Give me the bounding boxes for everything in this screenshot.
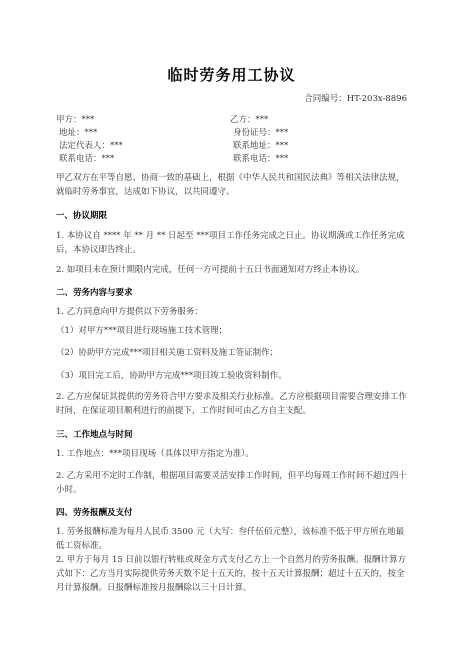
document-page: 临时劳务用工协议 合同编号：HT-203x-8896 甲方：*** 地址：***… bbox=[0, 0, 463, 655]
party-a-legal-rep: 法定代表人：*** bbox=[56, 140, 123, 153]
party-b-info: 乙方：*** 身份证号：*** 联系地址：*** 联系电话：*** bbox=[230, 114, 288, 166]
section-4-paragraph-1: 1. 劳务报酬标准为每月人民币 3500 元（大写：叁仟伍佰元整），该标准不低于… bbox=[56, 525, 408, 553]
party-b-id-number: 身份证号：*** bbox=[230, 127, 288, 140]
section-2-item-3: （3）项目完工后，协助甲方完成***项目竣工验收资料制作。 bbox=[56, 369, 408, 383]
section-heading-remuneration: 四、劳务报酬及支付 bbox=[56, 506, 133, 518]
section-3-paragraph-1: 1. 工作地点：***项目现场（具体以甲方指定为准）。 bbox=[56, 447, 408, 461]
party-b-name: 乙方：*** bbox=[230, 114, 288, 127]
section-4-paragraph-2: 2. 甲方于每月 15 日前以银行转账或现金方式支付乙方上一个自然月的劳务报酬。… bbox=[56, 553, 408, 595]
section-2-item-2: （2）协助甲方完成***项目相关施工资料及施工签证制作； bbox=[56, 346, 408, 360]
party-b-phone: 联系电话：*** bbox=[230, 153, 288, 166]
party-b-address: 联系地址：*** bbox=[230, 140, 288, 153]
party-a-name: 甲方：*** bbox=[56, 114, 123, 127]
section-heading-term: 一、协议期限 bbox=[56, 209, 107, 221]
section-2-paragraph-2: 2. 乙方应保证其提供的劳务符合甲方要求及相关行业标准。乙方应根据项目需要合理安… bbox=[56, 390, 408, 418]
contract-number: 合同编号：HT-203x-8896 bbox=[304, 92, 407, 104]
section-3-paragraph-2: 2. 乙方采用不定时工作制，根据项目需要灵活安排工作时间，但平均每周工作时间不超… bbox=[56, 469, 408, 497]
section-heading-location-time: 三、工作地点与时间 bbox=[56, 428, 133, 440]
section-2-item-1: （1）对甲方***项目进行现场施工技术管理； bbox=[56, 324, 408, 338]
section-1-paragraph-1: 1. 本协议自 **** 年 ** 月 ** 日起至 ***项目工作任务完成之日… bbox=[56, 229, 408, 257]
party-a-info: 甲方：*** 地址：*** 法定代表人：*** 联系电话：*** bbox=[56, 114, 123, 166]
party-a-phone: 联系电话：*** bbox=[56, 153, 123, 166]
section-heading-service-content: 二、劳务内容与要求 bbox=[56, 286, 133, 298]
party-a-address: 地址：*** bbox=[56, 127, 123, 140]
preamble: 甲乙双方在平等自愿、协商一致的基础上，根据《中华人民共和国民法典》等相关法律法规… bbox=[56, 171, 408, 199]
section-1-paragraph-2: 2. 如项目未在预计期限内完成，任何一方可提前十五日书面通知对方终止本协议。 bbox=[56, 263, 408, 277]
document-title: 临时劳务用工协议 bbox=[0, 64, 463, 85]
section-2-paragraph-1: 1. 乙方同意向甲方提供以下劳务服务： bbox=[56, 305, 408, 319]
